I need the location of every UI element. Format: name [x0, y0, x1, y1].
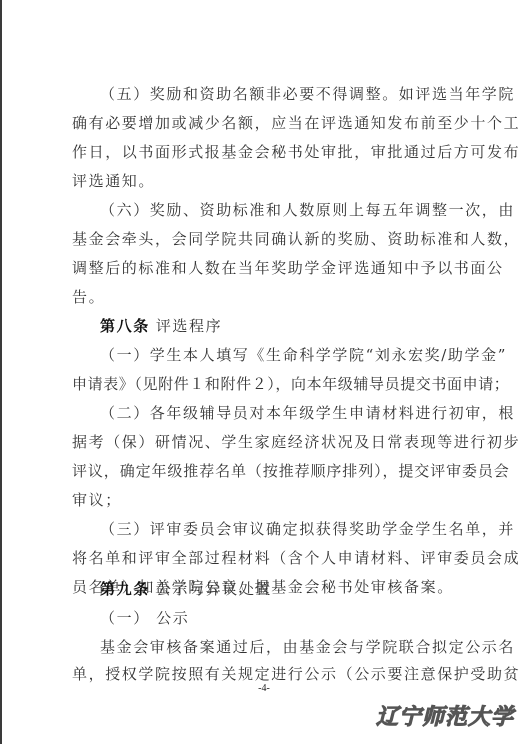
paragraph-line: （五）奖励和资助名额非必要不得调整。如评选当年学院	[100, 84, 456, 104]
paragraph-line: 申请表》（见附件１和附件２），向本年级辅导员提交书面申请；	[72, 374, 456, 394]
paragraph-line: 审议；	[72, 490, 456, 510]
article-9-label: 第九条	[100, 580, 150, 598]
article-9-heading: 第九条公示与异议处置	[100, 579, 456, 599]
university-watermark: 辽宁师范大学	[376, 700, 514, 731]
paragraph-line: 基金会审核备案通过后，由基金会与学院联合拟定公示名	[100, 637, 456, 657]
paragraph-line: 据考（保）研情况、学生家庭经济状况及日常表现等进行初步	[72, 432, 456, 452]
article-8-heading: 第八条评选程序	[100, 316, 456, 336]
paragraph-line: 评议，确定年级推荐名单（按推荐顺序排列），提交评审委员会	[72, 461, 456, 481]
paragraph-line: 基金会牵头，会同学院共同确认新的奖励、资助标准和人数，	[72, 229, 456, 249]
paragraph-line: 告。	[72, 287, 456, 307]
paragraph-line: 作日，以书面形式报基金会秘书处审批，审批通过后方可发布	[72, 142, 456, 162]
paragraph-line: （二）各年级辅导员对本年级学生申请材料进行初审，根	[100, 403, 456, 423]
article-9-title: 公示与异议处置	[156, 580, 272, 598]
page-number: -4-	[0, 683, 528, 694]
paragraph-line: （一）学生本人填写《生命科学学院“刘永宏奖/助学金”	[100, 345, 456, 365]
paragraph-line: 单，授权学院按照有关规定进行公示（公示要注意保护受助贫	[72, 664, 456, 684]
paragraph-line: 确有必要增加或减少名额，应当在评选通知发布前至少十个工	[72, 113, 456, 133]
document-page: （五）奖励和资助名额非必要不得调整。如评选当年学院 确有必要增加或减少名额，应当…	[0, 0, 528, 744]
paragraph-line: （六）奖励、资助标准和人数原则上每五年调整一次，由	[100, 200, 456, 220]
paragraph-line: （三）评审委员会审议确定拟获得奖助学金学生名单，并	[100, 519, 456, 539]
article-8-title: 评选程序	[156, 317, 222, 335]
paragraph-line: 调整后的标准和人数在当年奖助学金评选通知中予以书面公	[72, 258, 456, 278]
paragraph-line: 将名单和评审全部过程材料（含个人申请材料、评审委员会成	[72, 548, 456, 568]
paragraph-line: （一） 公示	[100, 608, 456, 628]
article-8-label: 第八条	[100, 317, 150, 335]
paragraph-line: 评选通知。	[72, 171, 456, 191]
